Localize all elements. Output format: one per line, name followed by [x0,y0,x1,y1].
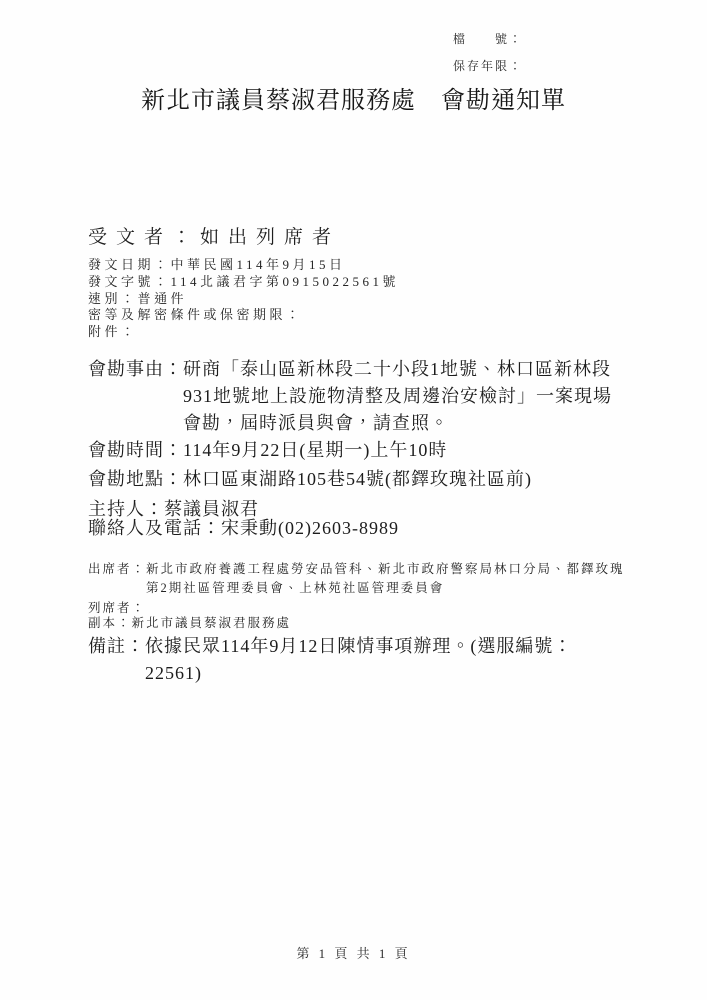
recipient-label: 受文者： [88,227,200,248]
document-title: 新北市議員蔡淑君服務處 會勘通知單 [0,80,707,115]
doc-number-line: 發文字號：114北議君字第0915022561號 [88,274,399,291]
page-number: 第 1 頁 共 1 頁 [0,943,707,962]
speed-line: 速別：普通件 [88,291,399,308]
attachment-label: 附件： [88,324,138,339]
attachment-line: 附件： [88,324,399,341]
inspection-time-label: 會勘時間： [88,437,183,464]
speed-value: 普通件 [138,291,188,306]
carbon-copy-label: 副本： [88,614,132,633]
remarks-value: 依據民眾114年9月12日陳情事項辦理。(選服編號： 22561) [145,633,572,687]
doc-number-label: 發文字號： [88,274,171,289]
remarks-line: 備註： 依據民眾114年9月12日陳情事項辦理。(選服編號： 22561) [88,633,648,687]
carbon-copy-line: 副本： 新北市議員蔡淑君服務處 [88,614,291,633]
recipient-value: 如出列席者 [200,227,340,248]
file-number-label: 檔 號： [453,31,523,47]
attendees-value: 新北市政府養護工程處勞安品管科、新北市政府警察局林口分局、都鐸玫瑰 第2期社區管… [146,560,625,598]
attendees-line: 出席者： 新北市政府養護工程處勞安品管科、新北市政府警察局林口分局、都鐸玫瑰 第… [88,560,668,598]
secrecy-label: 密等及解密條件或保密期限： [88,307,303,322]
contact-label: 聯絡人及電話： [88,515,221,542]
inspection-time-value: 114年9月22日(星期一)上午10時 [183,437,447,464]
remarks-label: 備註： [88,633,145,660]
issue-date-value: 中華民國114年9月15日 [171,257,346,272]
meta-block: 發文日期：中華民國114年9月15日 發文字號：114北議君字第09150225… [88,257,399,341]
scanned-document-page: 檔 號： 保存年限： 新北市議員蔡淑君服務處 會勘通知單 受文者：如出列席者 發… [0,0,707,1000]
issue-date-label: 發文日期： [88,257,171,272]
retention-period-label: 保存年限： [453,58,523,74]
recipient-line: 受文者：如出列席者 [88,222,340,249]
subject-line: 會勘事由： 研商「泰山區新林段二十小段1地號、林口區新林段 931地號地上設施物… [88,356,648,437]
attendees-label: 出席者： [88,560,146,579]
inspection-time-line: 會勘時間： 114年9月22日(星期一)上午10時 [88,437,447,464]
archive-stamp: 檔 號： 保存年限： [453,31,523,85]
issue-date-line: 發文日期：中華民國114年9月15日 [88,257,399,274]
subject-label: 會勘事由： [88,356,183,383]
carbon-copy-value: 新北市議員蔡淑君服務處 [132,614,292,633]
contact-line: 聯絡人及電話： 宋秉動(02)2603-8989 [88,515,399,542]
inspection-place-value: 林口區東湖路105巷54號(都鐸玫瑰社區前) [183,466,532,493]
subject-value: 研商「泰山區新林段二十小段1地號、林口區新林段 931地號地上設施物清整及周邊治… [183,356,612,437]
inspection-place-label: 會勘地點： [88,466,183,493]
inspection-place-line: 會勘地點： 林口區東湖路105巷54號(都鐸玫瑰社區前) [88,466,532,493]
contact-value: 宋秉動(02)2603-8989 [221,515,399,542]
doc-number-value: 114北議君字第0915022561號 [171,274,400,289]
secrecy-line: 密等及解密條件或保密期限： [88,307,399,324]
speed-label: 速別： [88,291,138,306]
